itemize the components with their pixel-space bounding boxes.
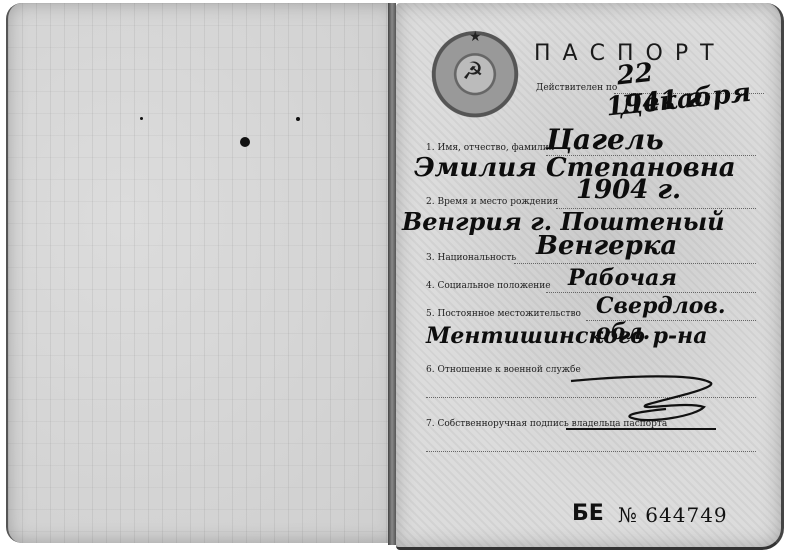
field-2-year: 1904 г. bbox=[576, 175, 681, 205]
field-4-value: Рабочая bbox=[568, 265, 677, 291]
dotted-line bbox=[426, 451, 756, 452]
field-6-label: 6. Отношение к военной службе bbox=[426, 365, 581, 375]
ink-spot bbox=[140, 117, 143, 120]
field-4-label: 4. Социальное положение bbox=[426, 281, 551, 291]
field-3-label: 3. Национальность bbox=[426, 253, 516, 263]
hammer-sickle-icon: ☭ bbox=[462, 57, 484, 85]
passport-spine bbox=[388, 3, 396, 545]
field-5-line2: Ментишинского р-на bbox=[426, 323, 707, 349]
passport-number: № 644749 bbox=[618, 503, 728, 527]
ussr-emblem-icon: ★ ☭ bbox=[430, 31, 520, 121]
ink-spot bbox=[296, 117, 300, 121]
star-icon: ★ bbox=[469, 29, 482, 45]
field-1-label: 1. Имя, отчество, фамилия bbox=[426, 143, 554, 153]
owner-signature bbox=[566, 371, 716, 431]
field-3-value: Венгерка bbox=[536, 231, 677, 261]
ink-spot bbox=[240, 137, 250, 147]
field-1-name: Эмилия Степановна bbox=[414, 153, 736, 183]
field-5-label: 5. Постоянное местожительство bbox=[426, 309, 581, 319]
field-2-label: 2. Время и место рождения bbox=[426, 197, 558, 207]
field-1-surname: Цагель bbox=[546, 123, 664, 156]
passport-series: БЕ bbox=[572, 501, 604, 526]
dotted-line bbox=[514, 263, 756, 264]
passport-left-page bbox=[6, 3, 396, 543]
passport-right-page: ★ ☭ ПАСПОРТ Действителен по 22 Декабря 1… bbox=[396, 3, 784, 550]
